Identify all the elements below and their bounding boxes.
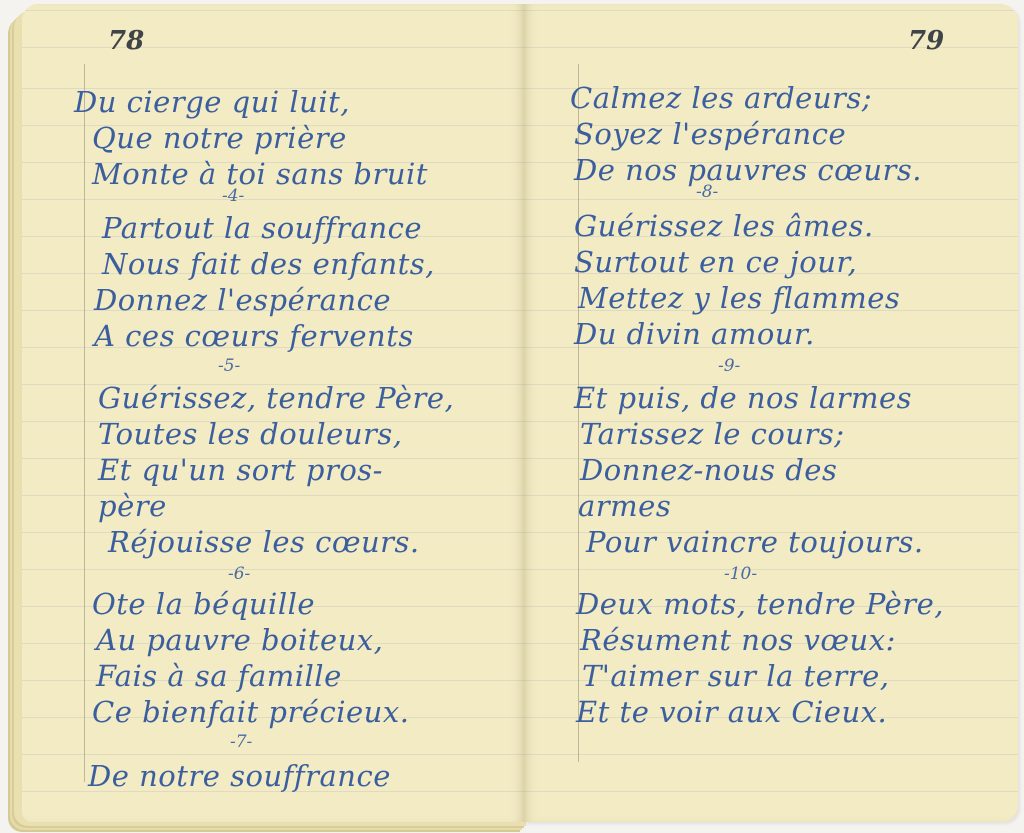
verse-line: Et qu'un sort pros- xyxy=(98,452,383,488)
page-number-left: 78 xyxy=(108,26,144,56)
verse-line: Mettez y les flammes xyxy=(578,280,900,316)
verse-line: A ces cœurs fervents xyxy=(94,318,414,354)
verse-line: Nous fait des enfants, xyxy=(102,246,435,282)
left-page: 78 Du cierge qui luit,Que notre prièreMo… xyxy=(22,4,524,822)
verse-line: Calmez les ardeurs; xyxy=(570,80,872,116)
verse-line: Guérissez, tendre Père, xyxy=(98,380,454,416)
verse-line: Au pauvre boiteux, xyxy=(96,622,383,658)
stanza-number: -10- xyxy=(724,564,757,584)
verse-line: Fais à sa famille xyxy=(96,658,342,694)
verse-line: T'aimer sur la terre, xyxy=(582,658,889,694)
margin-line xyxy=(84,64,85,782)
verse-line: Ote la béquille xyxy=(92,586,315,622)
verse-line: Deux mots, tendre Père, xyxy=(576,586,944,622)
verse-line: Pour vaincre toujours. xyxy=(586,524,924,560)
verse-line: Du divin amour. xyxy=(574,316,815,352)
verse-line: Donnez-nous des xyxy=(580,452,837,488)
verse-line: Toutes les douleurs, xyxy=(98,416,402,452)
verse-line: Donnez l'espérance xyxy=(94,282,391,318)
verse-line: Monte à toi sans bruit xyxy=(92,156,428,192)
stanza-number: -7- xyxy=(230,732,252,752)
verse-line: Partout la souffrance xyxy=(102,210,422,246)
verse-line: père xyxy=(98,488,167,524)
page-number-right: 79 xyxy=(908,26,944,56)
verse-line: Surtout en ce jour, xyxy=(574,244,857,280)
verse-line: Et te voir aux Cieux. xyxy=(576,694,887,730)
verse-line: Guérissez les âmes. xyxy=(574,208,874,244)
stanza-number: -8- xyxy=(696,182,718,202)
right-page: 79 Calmez les ardeurs;Soyez l'espéranceD… xyxy=(524,4,1018,822)
verse-line: De nos pauvres cœurs. xyxy=(574,152,922,188)
stanza-number: -5- xyxy=(218,356,240,376)
verse-line: Réjouisse les cœurs. xyxy=(108,524,420,560)
stanza-number: -4- xyxy=(222,186,244,206)
verse-line: Soyez l'espérance xyxy=(574,116,846,152)
stanza-number: -9- xyxy=(718,356,740,376)
verse-line: Ce bienfait précieux. xyxy=(92,694,409,730)
verse-line: Résument nos vœux: xyxy=(580,622,896,658)
stanza-number: -6- xyxy=(228,564,250,584)
verse-line: De notre souffrance xyxy=(88,758,391,794)
verse-line: Et puis, de nos larmes xyxy=(574,380,912,416)
verse-line: Tarissez le cours; xyxy=(580,416,845,452)
verse-line: Du cierge qui luit, xyxy=(74,84,350,120)
verse-line: armes xyxy=(578,488,671,524)
open-notebook: 78 Du cierge qui luit,Que notre prièreMo… xyxy=(8,4,1018,826)
verse-line: Que notre prière xyxy=(92,120,347,156)
